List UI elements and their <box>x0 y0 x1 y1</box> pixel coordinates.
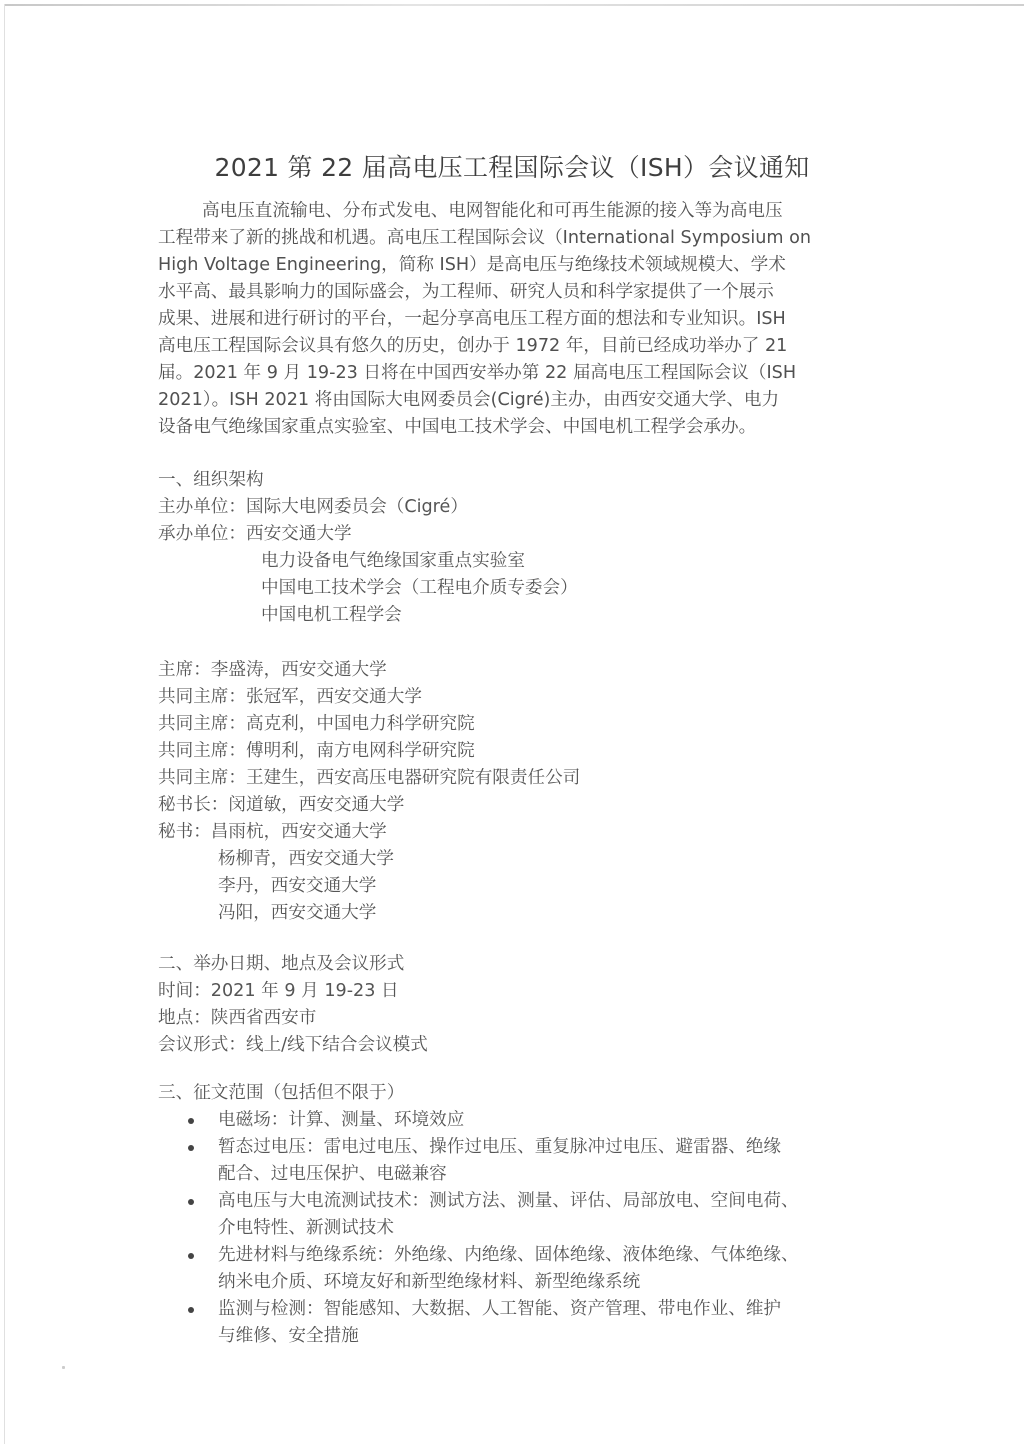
date-value: 2021 年 9 月 19-23 日 <box>211 981 399 1001</box>
intro-paragraph: 高电压直流输电、分布式发电、电网智能化和可再生能源的接入等为高电压 工程带来了新… <box>158 198 873 441</box>
intro-line: 高电压工程国际会议具有悠久的历史，创办于 1972 年，目前已经成功举办了 21 <box>158 333 873 360</box>
topic-item: 先进材料与绝缘系统：外绝缘、内绝缘、固体绝缘、液体绝缘、气体绝缘、 纳米电介质、… <box>158 1242 878 1296</box>
topic-line: 高电压与大电流测试技术：测试方法、测量、评估、局部放电、空间电荷、 <box>218 1188 878 1215</box>
location-row: 地点：陕西省西安市 <box>158 1005 428 1032</box>
topic-line: 监测与检测：智能感知、大数据、人工智能、资产管理、带电作业、维护 <box>218 1296 878 1323</box>
topic-line: 与维修、安全措施 <box>218 1323 878 1350</box>
role-label: 共同主席： <box>158 768 246 788</box>
topic-item: 高电压与大电流测试技术：测试方法、测量、评估、局部放电、空间电荷、 介电特性、新… <box>158 1188 878 1242</box>
section-heading: 二、举办日期、地点及会议形式 <box>158 951 428 978</box>
role-label: 主席： <box>158 660 211 680</box>
organizer-value: 中国电工技术学会（工程电介质专委会） <box>158 575 578 602</box>
role-label: 共同主席： <box>158 687 246 707</box>
topic-item: 暂态过电压：雷电过电压、操作过电压、重复脉冲过电压、避雷器、绝缘 配合、过电压保… <box>158 1134 878 1188</box>
co-chair-row: 共同主席：傅明利，南方电网科学研究院 <box>158 738 580 765</box>
section-organization: 一、组织架构 主办单位：国际大电网委员会（Cigré） 承办单位：西安交通大学 … <box>158 467 578 629</box>
committee-list: 主席：李盛涛，西安交通大学 共同主席：张冠军，西安交通大学 共同主席：高克利，中… <box>158 657 580 927</box>
secretary-general-row: 秘书长：闵道敏，西安交通大学 <box>158 792 580 819</box>
host-row: 主办单位：国际大电网委员会（Cigré） <box>158 494 578 521</box>
host-value: 国际大电网委员会（Cigré） <box>246 497 468 517</box>
role-value: 高克利，中国电力科学研究院 <box>246 714 475 734</box>
chair-row: 主席：李盛涛，西安交通大学 <box>158 657 580 684</box>
topic-line: 配合、过电压保护、电磁兼容 <box>218 1161 878 1188</box>
topic-item: 电磁场：计算、测量、环境效应 <box>158 1107 878 1134</box>
section-topics-heading-wrap: 三、征文范围（包括但不限于） <box>158 1080 404 1107</box>
secretary-value: 冯阳，西安交通大学 <box>158 900 580 927</box>
role-label: 秘书： <box>158 822 211 842</box>
intro-line: 水平高、最具影响力的国际盛会，为工程师、研究人员和科学家提供了一个展示 <box>158 279 873 306</box>
role-value: 王建生，西安高压电器研究院有限责任公司 <box>246 768 580 788</box>
role-label: 秘书长： <box>158 795 228 815</box>
role-value: 张冠军，西安交通大学 <box>246 687 422 707</box>
date-label: 时间： <box>158 981 211 1001</box>
format-row: 会议形式：线上/线下结合会议模式 <box>158 1032 428 1059</box>
organizer-value: 电力设备电气绝缘国家重点实验室 <box>158 548 578 575</box>
role-value: 傅明利，南方电网科学研究院 <box>246 741 475 761</box>
location-label: 地点： <box>158 1008 211 1028</box>
topic-line: 先进材料与绝缘系统：外绝缘、内绝缘、固体绝缘、液体绝缘、气体绝缘、 <box>218 1242 878 1269</box>
topic-line: 电磁场：计算、测量、环境效应 <box>218 1107 878 1134</box>
secretary-row: 秘书：昌雨杭，西安交通大学 <box>158 819 580 846</box>
intro-line: 高电压直流输电、分布式发电、电网智能化和可再生能源的接入等为高电压 <box>158 198 873 225</box>
bullet-icon <box>188 1307 194 1313</box>
organizer-label: 承办单位： <box>158 524 246 544</box>
organizer-value: 西安交通大学 <box>246 524 352 544</box>
format-label: 会议形式： <box>158 1035 246 1055</box>
bullet-icon <box>188 1253 194 1259</box>
section-heading: 一、组织架构 <box>158 467 578 494</box>
intro-line: 设备电气绝缘国家重点实验室、中国电工技术学会、中国电机工程学会承办。 <box>158 414 873 441</box>
co-chair-row: 共同主席：高克利，中国电力科学研究院 <box>158 711 580 738</box>
intro-line: 工程带来了新的挑战和机遇。高电压工程国际会议（International Sym… <box>158 225 873 252</box>
topic-item: 监测与检测：智能感知、大数据、人工智能、资产管理、带电作业、维护 与维修、安全措… <box>158 1296 878 1350</box>
host-label: 主办单位： <box>158 497 246 517</box>
scan-speck <box>62 1366 65 1369</box>
topic-list: 电磁场：计算、测量、环境效应 暂态过电压：雷电过电压、操作过电压、重复脉冲过电压… <box>158 1107 878 1350</box>
intro-line: High Voltage Engineering，简称 ISH）是高电压与绝缘技… <box>158 252 873 279</box>
secretary-value: 杨柳青，西安交通大学 <box>158 846 580 873</box>
bullet-icon <box>188 1118 194 1124</box>
location-value: 陕西省西安市 <box>211 1008 317 1028</box>
bullet-icon <box>188 1145 194 1151</box>
co-chair-row: 共同主席：王建生，西安高压电器研究院有限责任公司 <box>158 765 580 792</box>
topic-line: 纳米电介质、环境友好和新型绝缘材料、新型绝缘系统 <box>218 1269 878 1296</box>
intro-line: 届。2021 年 9 月 19-23 日将在中国西安举办第 22 届高电压工程国… <box>158 360 873 387</box>
document-page: 2021 第 22 届高电压工程国际会议（ISH）会议通知 高电压直流输电、分布… <box>0 0 1024 1447</box>
section-date-location: 二、举办日期、地点及会议形式 时间：2021 年 9 月 19-23 日 地点：… <box>158 951 428 1059</box>
bullet-icon <box>188 1199 194 1205</box>
co-chair-row: 共同主席：张冠军，西安交通大学 <box>158 684 580 711</box>
role-value: 李盛涛，西安交通大学 <box>211 660 387 680</box>
role-value: 闵道敏，西安交通大学 <box>228 795 404 815</box>
intro-line: 2021）。ISH 2021 将由国际大电网委员会(Cigré)主办，由西安交通… <box>158 387 873 414</box>
organizer-row: 承办单位：西安交通大学 <box>158 521 578 548</box>
intro-line: 成果、进展和进行研讨的平台，一起分享高电压工程方面的想法和专业知识。ISH <box>158 306 873 333</box>
topic-line: 介电特性、新测试技术 <box>218 1215 878 1242</box>
organizer-value: 中国电机工程学会 <box>158 602 578 629</box>
role-label: 共同主席： <box>158 741 246 761</box>
role-value: 昌雨杭，西安交通大学 <box>211 822 387 842</box>
document-title: 2021 第 22 届高电压工程国际会议（ISH）会议通知 <box>0 148 1024 188</box>
role-label: 共同主席： <box>158 714 246 734</box>
date-row: 时间：2021 年 9 月 19-23 日 <box>158 978 428 1005</box>
format-value: 线上/线下结合会议模式 <box>246 1035 428 1055</box>
secretary-value: 李丹，西安交通大学 <box>158 873 580 900</box>
section-heading: 三、征文范围（包括但不限于） <box>158 1080 404 1107</box>
topic-line: 暂态过电压：雷电过电压、操作过电压、重复脉冲过电压、避雷器、绝缘 <box>218 1134 878 1161</box>
